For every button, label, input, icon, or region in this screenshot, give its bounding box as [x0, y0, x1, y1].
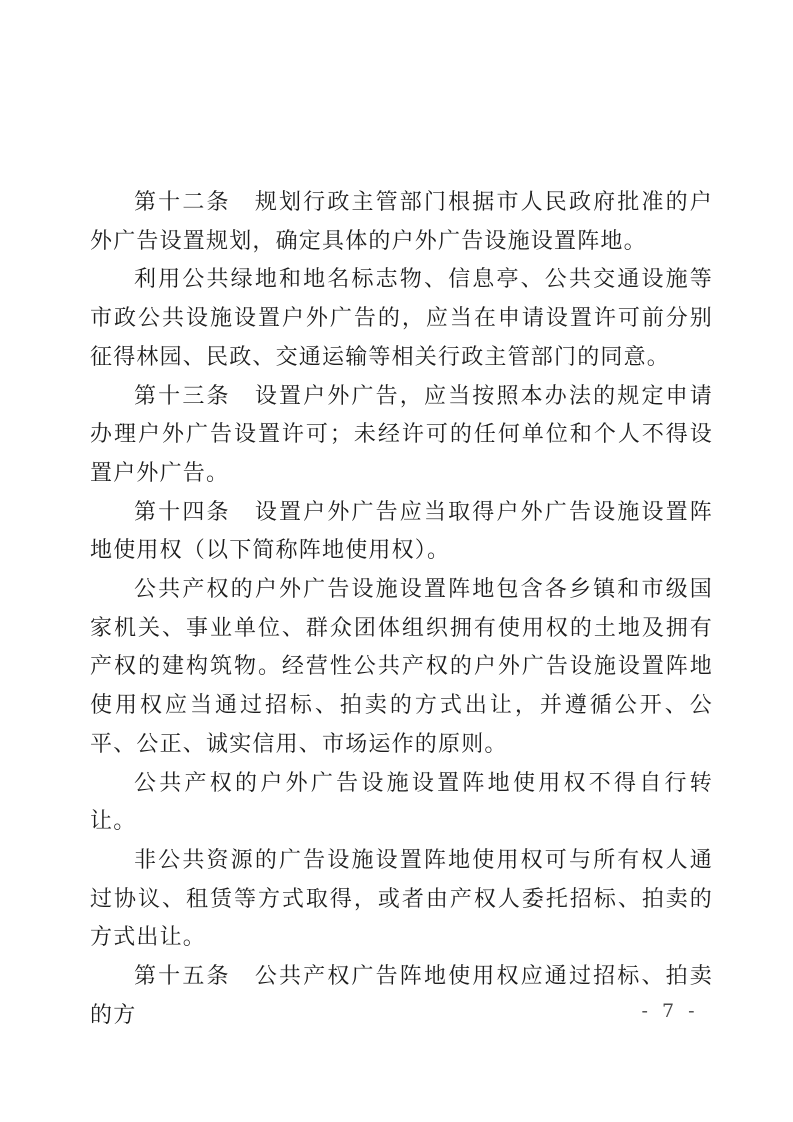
paragraph-article-12-clause-2: 利用公共绿地和地名标志物、信息亭、公共交通设施等市政公共设施设置户外广告的，应当… [90, 261, 713, 377]
paragraph-article-12: 第十二条 规划行政主管部门根据市人民政府批准的户外广告设置规划，确定具体的户外广… [90, 184, 713, 261]
paragraph-article-14-clause-2: 公共产权的户外广告设施设置阵地包含各乡镇和市级国家机关、事业单位、群众团体组织拥… [90, 571, 713, 765]
paragraph-article-14: 第十四条 设置户外广告应当取得户外广告设施设置阵地使用权（以下简称阵地使用权）。 [90, 494, 713, 571]
paragraph-article-14-clause-4: 非公共资源的广告设施设置阵地使用权可与所有权人通过协议、租赁等方式取得，或者由产… [90, 842, 713, 958]
document-page: 第十二条 规划行政主管部门根据市人民政府批准的户外广告设置规划，确定具体的户外广… [0, 0, 793, 1122]
page-footer: - 7 - [0, 1000, 793, 1030]
paragraph-article-14-clause-3: 公共产权的户外广告设施设置阵地使用权不得自行转让。 [90, 765, 713, 842]
page-number: - 7 - [618, 1000, 722, 1022]
document-body: 第十二条 规划行政主管部门根据市人民政府批准的户外广告设置规划，确定具体的户外广… [90, 184, 713, 1035]
paragraph-article-13: 第十三条 设置户外广告，应当按照本办法的规定申请办理户外广告设置许可；未经许可的… [90, 378, 713, 494]
